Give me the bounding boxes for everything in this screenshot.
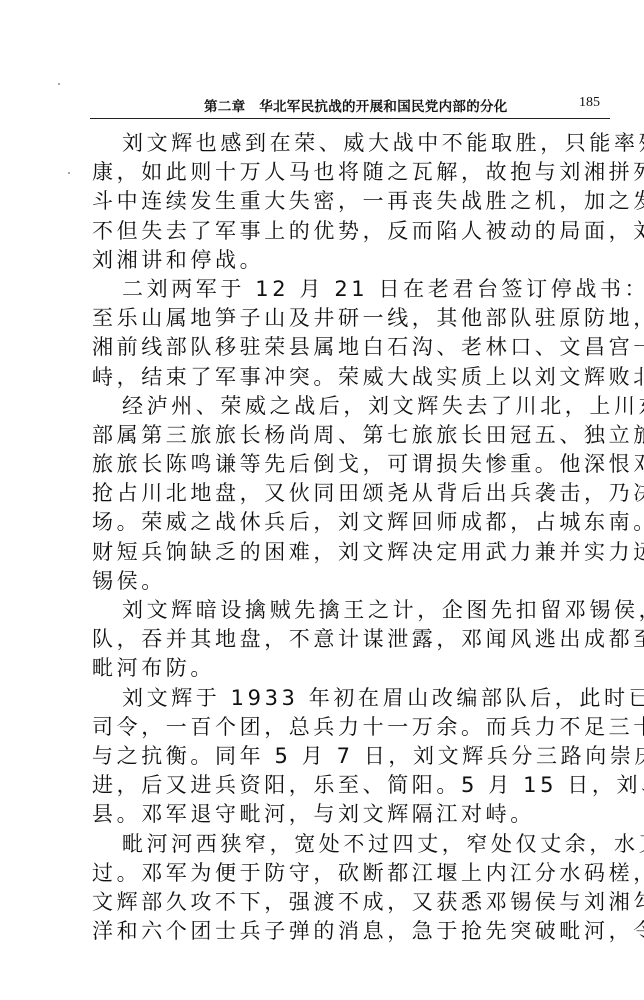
text-line: 刘文辉也感到在荣、威大战中不能取胜，只能率残部退至贫瘠的西: [92, 129, 610, 158]
text-line: 刘湘讲和停战。: [92, 246, 610, 275]
text-line: 文辉部久攻不下，强渡不成，又获悉邓锡侯与刘湘勾结，并获得十万大: [92, 888, 610, 917]
text-line: 刘文辉于 1933 年初在眉山改编部队后，此时已拥有八个师、九个: [92, 684, 610, 713]
text-line: 财短兵饷缺乏的困难，刘文辉决定用武力兼并实力远不如己的邓: [92, 538, 610, 567]
text-line: 毗河布防。: [92, 654, 610, 683]
chapter-title: 第二章 华北军民抗战的开展和国民党内部的分化: [204, 95, 508, 115]
text-line: 过。邓军为便于防守，砍断都江堰上内江分水码槎，毗河水位陡涨。刘: [92, 859, 610, 888]
text-line: 康，如此则十万人马也将随之瓦解，故抱与刘湘拼死的决心。不料在战: [92, 158, 610, 187]
text-line: 队，吞并其地盘，不意计谋泄露，邓闻风逃出成都至新都，并急调所部沿: [92, 625, 610, 654]
text-line: 经泸州、荣威之战后，刘文辉失去了川北，上川东和川南许多防地，: [92, 392, 610, 421]
text-line: 峙，结束了军事冲突。荣威大战实质上以刘文辉败北而休战。: [92, 363, 610, 392]
text-line: 湘前线部队移驻荣县属地白石沟、老林口、文昌宫一线。两军隔岷江对: [92, 333, 610, 362]
scan-speck: [68, 172, 70, 174]
paragraph-6: 毗河河西狭窄，宽处不过四丈，窄处仅丈余，水又不深，可涉水而 过。邓军为便于防守，…: [92, 830, 610, 947]
text-line: 不但失去了军事上的优势，反而陷人被动的局面，刘文辉不得已同意与: [92, 217, 610, 246]
paragraph-2: 二刘两军于 12 月 21 日在老君台签订停战书：刘文辉前线部队移 至乐山属地笋…: [92, 275, 610, 392]
text-line: 抢占川北地盘，又伙同田颂尧从背后出兵袭击，乃决定与邓厮杀一: [92, 479, 610, 508]
scan-speck: [58, 83, 60, 85]
paragraph-4: 刘文辉暗设擒贼先擒王之计，企图先扣留邓锡侯，然后改编其部 队，吞并其地盘，不意计…: [92, 596, 610, 684]
text-line: 进，后又进兵资阳，乐至、简阳。5 月 15 日，刘、邓两军激战于郫县、灌: [92, 771, 610, 800]
text-line: 司令，一百个团，总兵力十一万余。而兵力不足三十个团的邓锡侯难以: [92, 713, 610, 742]
text-line: 锡侯。: [92, 567, 610, 596]
text-line: 场。荣威之战休兵后，刘文辉回师成都，占城东南。为解决因地蹙: [92, 508, 610, 537]
running-head: 第二章 华北军民抗战的开展和国民党内部的分化 185: [90, 93, 610, 119]
text-line: 二刘两军于 12 月 21 日在老君台签订停战书：刘文辉前线部队移: [92, 275, 610, 304]
text-line: 刘文辉暗设擒贼先擒王之计，企图先扣留邓锡侯，然后改编其部: [92, 596, 610, 625]
paragraph-3: 经泸州、荣威之战后，刘文辉失去了川北，上川东和川南许多防地， 部属第三旅旅长杨尚…: [92, 392, 610, 596]
text-line: 斗中连续发生重大失密，一再丧失战胜之机，加之发生部下倒戈事件，: [92, 187, 610, 216]
paragraph-1: 刘文辉也感到在荣、威大战中不能取胜，只能率残部退至贫瘠的西 康，如此则十万人马也…: [92, 129, 610, 275]
body-text: 刘文辉也感到在荣、威大战中不能取胜，只能率残部退至贫瘠的西 康，如此则十万人马也…: [92, 129, 610, 946]
text-line: 至乐山属地笋子山及井研一线，其他部队驻原防地，军部回驻省城。刘: [92, 304, 610, 333]
text-line: 洋和六个团士兵子弹的消息，急于抢先突破毗河，令所部协力打垮邓: [92, 917, 610, 946]
page-number: 185: [579, 95, 600, 111]
text-line: 与之抗衡。同年 5 月 7 日，刘文辉兵分三路向崇庆、双流、华阳等地推: [92, 742, 610, 771]
text-line: 毗河河西狭窄，宽处不过四丈，窄处仅丈余，水又不深，可涉水而: [92, 830, 610, 859]
text-line: 部属第三旅旅长杨尚周、第七旅旅长田冠五、独立旅旅长邓国璋、第九: [92, 421, 610, 450]
text-line: 县。邓军退守毗河，与刘文辉隔江对峙。: [92, 800, 610, 829]
text-line: 旅旅长陈鸣谦等先后倒戈，可谓损失惨重。他深恨邓锡侯不讲信义，: [92, 450, 610, 479]
paragraph-5: 刘文辉于 1933 年初在眉山改编部队后，此时已拥有八个师、九个 司令，一百个团…: [92, 684, 610, 830]
